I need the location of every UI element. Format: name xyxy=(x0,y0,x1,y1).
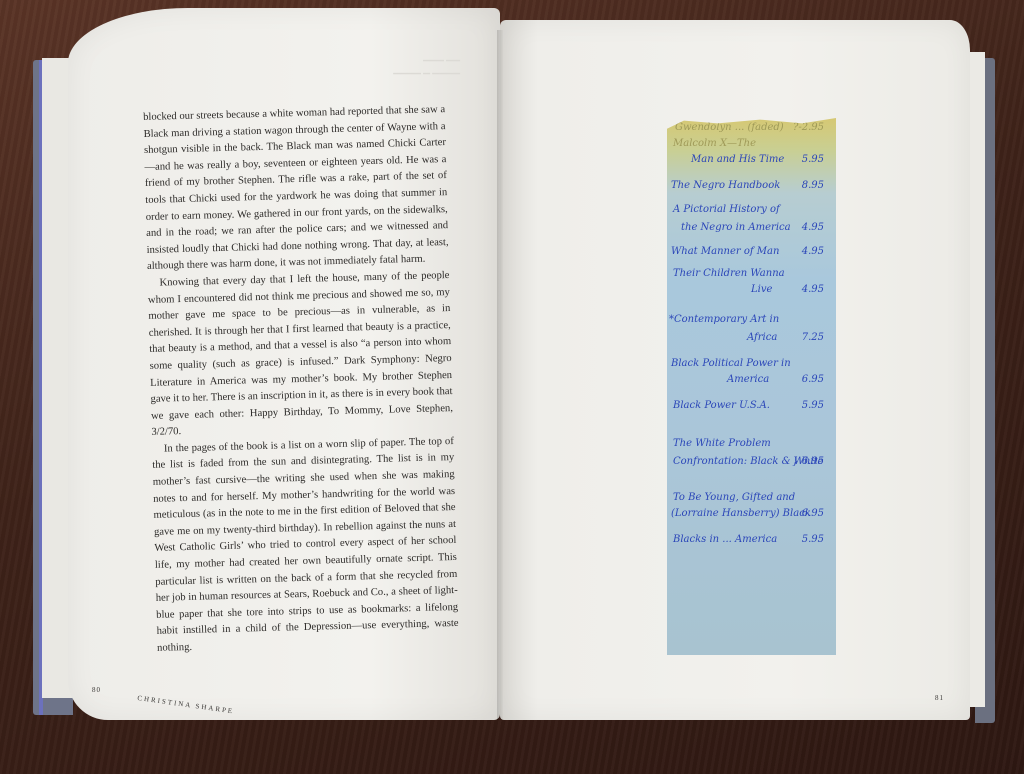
slip-item-title: The Negro Handbook xyxy=(671,180,780,191)
slip-item-title: To Be Young, Gifted and xyxy=(673,492,795,503)
slip-item-title: Gwendolyn ... (faded) xyxy=(675,122,784,133)
slip-item-title: Africa xyxy=(747,332,777,343)
handwritten-book-list-slip: Gwendolyn ... (faded)?-2.95Malcolm X—The… xyxy=(667,118,836,655)
slip-item-title: Live xyxy=(751,284,772,295)
slip-item-title: the Negro in America xyxy=(681,222,791,233)
slip-item-price: 6.95 xyxy=(802,508,824,519)
book-gutter xyxy=(497,30,503,720)
slip-item-price: 8.95 xyxy=(802,180,824,191)
slip-item-price: 4.95 xyxy=(802,284,824,295)
slip-item-title: Blacks in ... America xyxy=(673,534,777,545)
paragraph: In the pages of the book is a list on a … xyxy=(152,434,460,658)
slip-item-price: 5.95 xyxy=(802,154,824,165)
slip-item-title: Black Power U.S.A. xyxy=(673,400,770,411)
slip-item-title: Their Children Wanna xyxy=(673,268,785,279)
slip-item-price: 7.25 xyxy=(802,332,824,343)
slip-item-price: 6.95 xyxy=(802,374,824,385)
slip-item-title: America xyxy=(727,374,769,385)
paragraph: Knowing that every day that I left the h… xyxy=(147,268,453,442)
slip-item-title: A Pictorial History of xyxy=(673,204,780,215)
slip-item-title: *Contemporary Art in xyxy=(669,314,779,325)
slip-item-price: ?-2.95 xyxy=(793,122,824,133)
slip-item-price: } 6.95 xyxy=(792,456,824,467)
slip-item-title: (Lorraine Hansberry) Black xyxy=(671,508,811,519)
page-number-left: 80 xyxy=(92,686,101,694)
show-through-text: ▁▁▁ ▁▁▁▁▁▁ ▁ ▁▁▁▁ xyxy=(350,50,460,76)
slip-item-title: Malcolm X—The xyxy=(673,138,756,149)
slip-item-title: What Manner of Man xyxy=(671,246,779,257)
slip-item-price: 5.95 xyxy=(802,400,824,411)
slip-item-title: Man and His Time xyxy=(691,154,784,165)
left-page-body-text: blocked our streets because a white woma… xyxy=(143,102,459,657)
slip-item-price: 4.95 xyxy=(802,222,824,233)
slip-item-title: The White Problem xyxy=(673,438,771,449)
slip-item-title: Black Political Power in xyxy=(671,358,791,369)
page-number-right: 81 xyxy=(935,694,944,702)
paragraph: blocked our streets because a white woma… xyxy=(143,102,449,276)
slip-item-price: 5.95 xyxy=(802,534,824,545)
slip-item-price: 4.95 xyxy=(802,246,824,257)
